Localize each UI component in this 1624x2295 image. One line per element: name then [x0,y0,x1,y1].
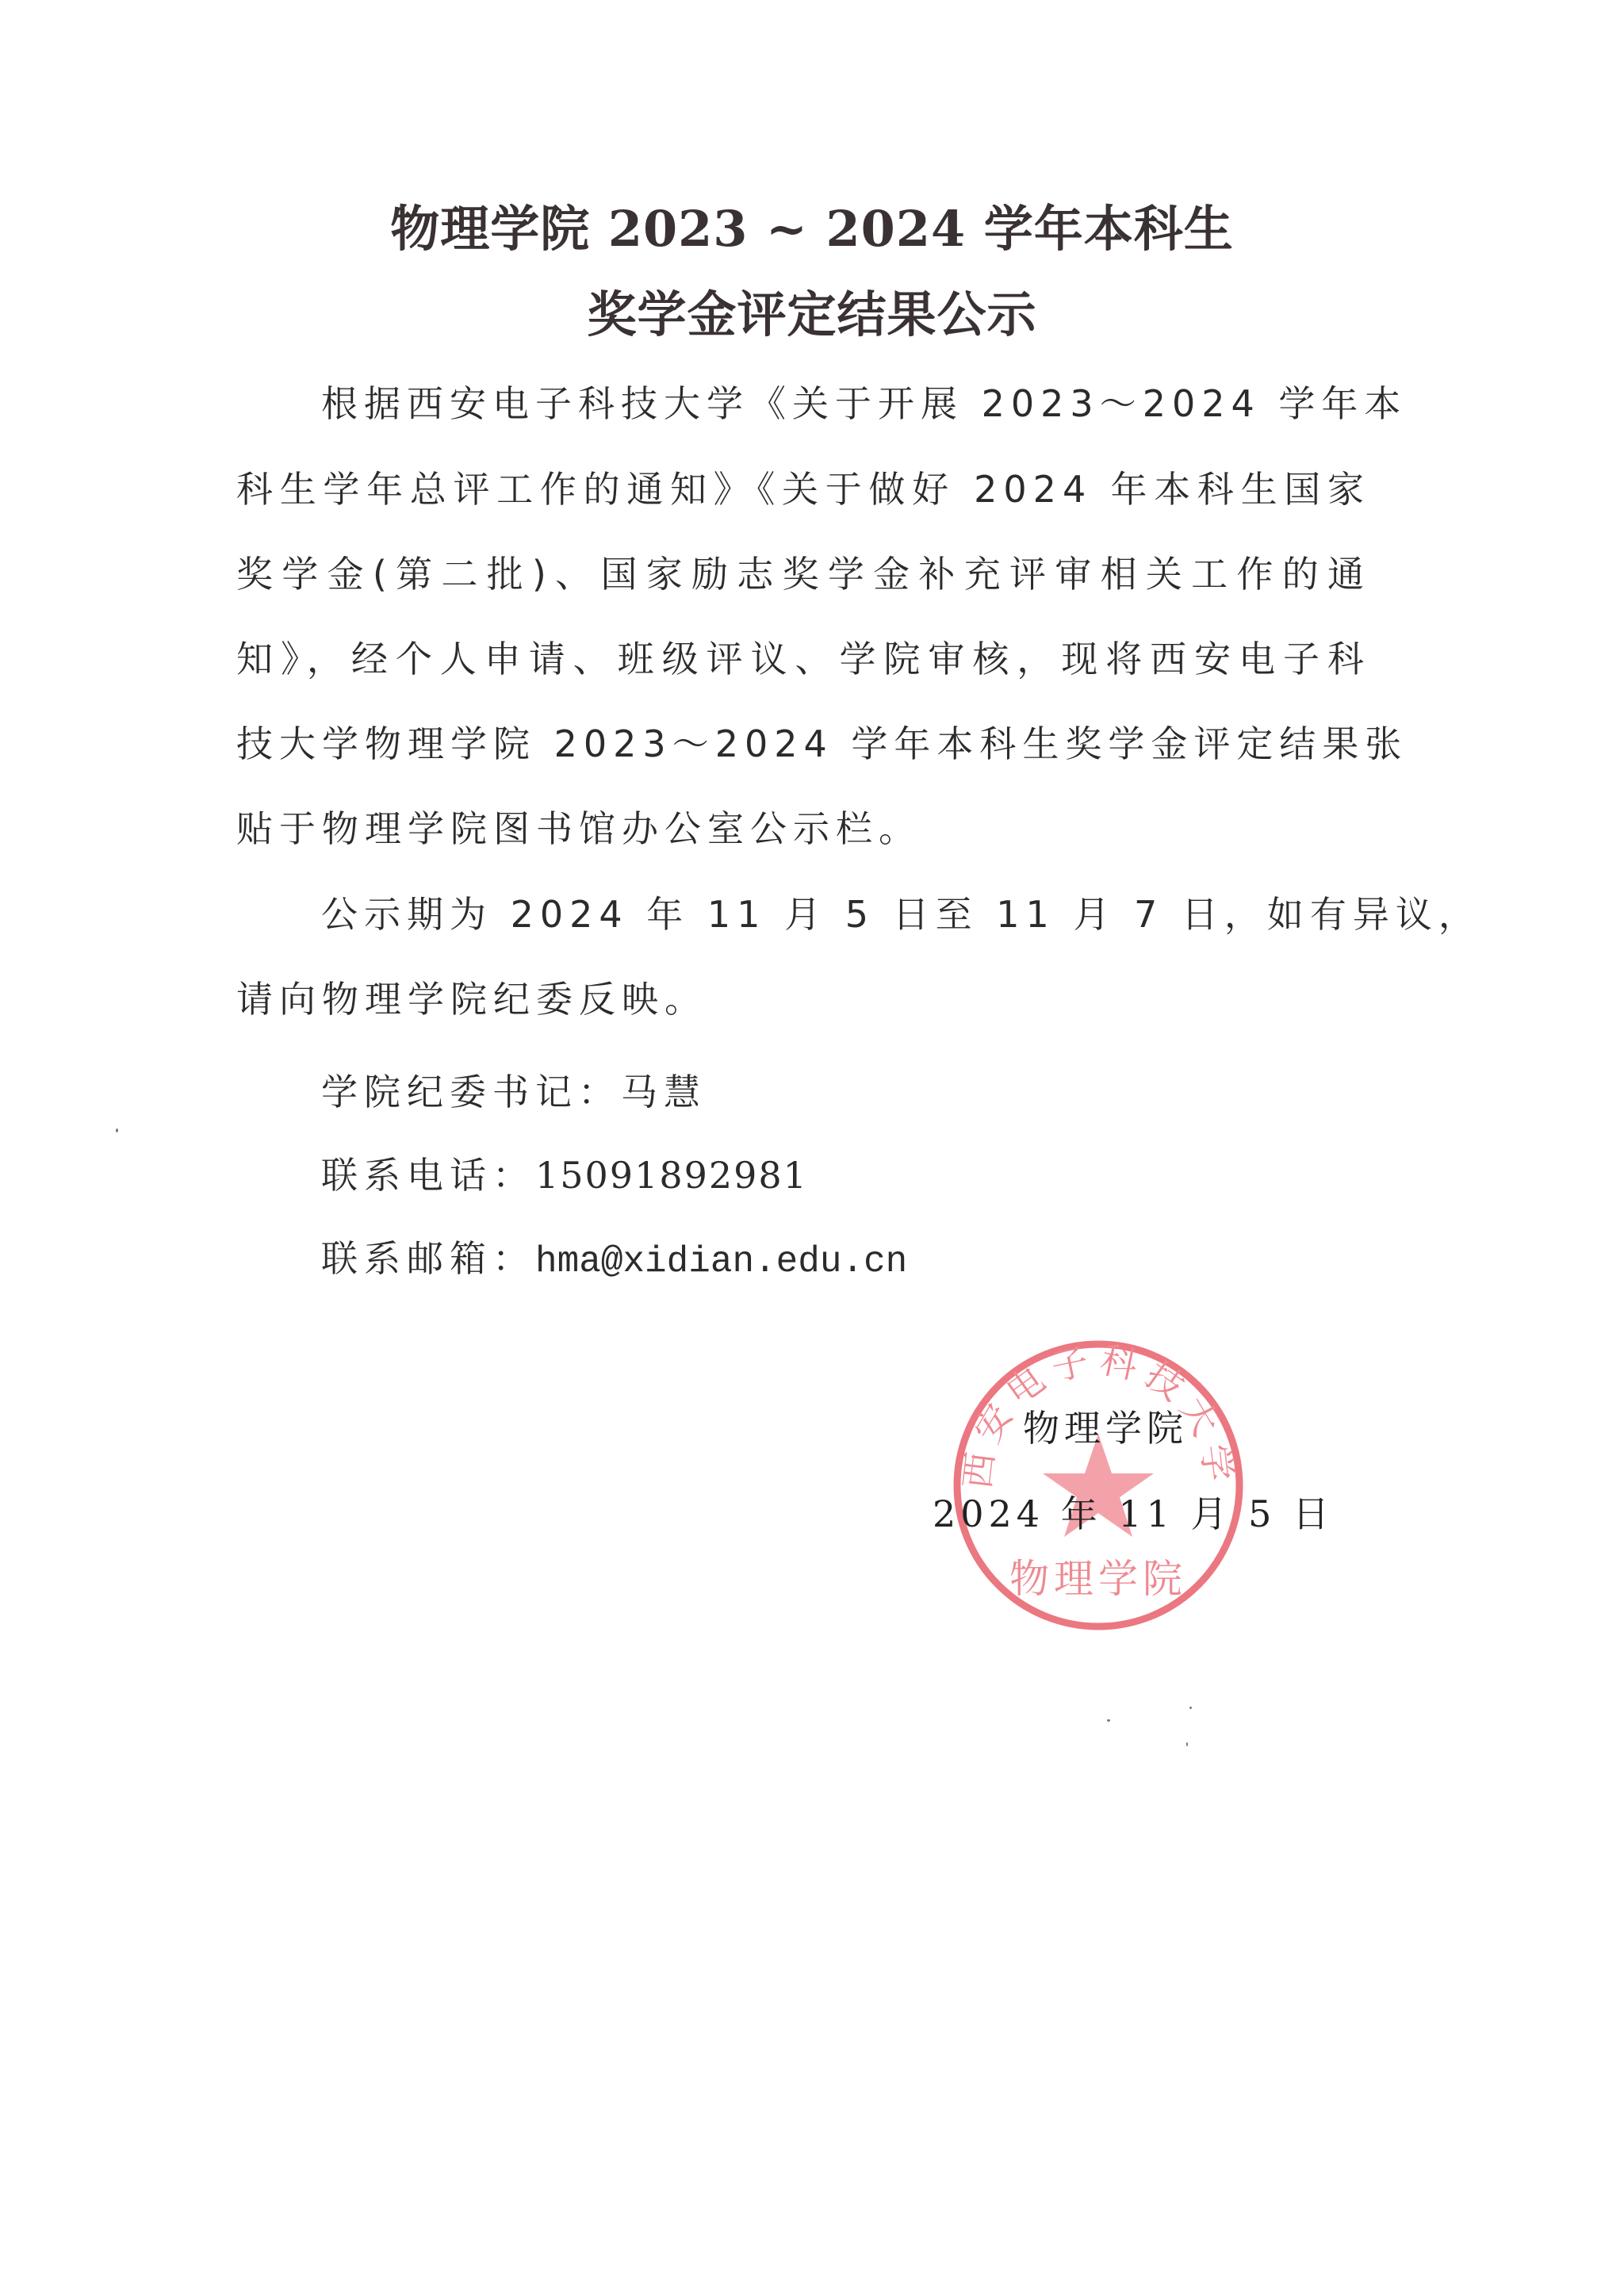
contact-phone-value: 15091892981 [535,1154,808,1197]
scan-speck [1189,1707,1192,1709]
contact-email-label: 联系邮箱： [321,1237,535,1280]
paragraph-line: 科生学年总评工作的通知》《关于做好 2024 年本科生国家 [236,468,1370,511]
scan-speck [1107,1719,1110,1722]
document-page: 物理学院 2023 ~ 2024 学年本科生 奖学金评定结果公示 根据西安电子科… [0,0,1624,2295]
contact-phone: 联系电话：15091892981 [321,1154,808,1197]
paragraph-line: 贴于物理学院图书馆办公室公示栏。 [236,807,1370,850]
scan-speck [116,1128,118,1132]
signature-organization: 物理学院 [1023,1407,1188,1450]
contact-secretary: 学院纪委书记：马慧 [321,1071,707,1113]
paragraph-line: 公示期为 2024 年 11 月 5 日至 11 月 7 日，如有异议， [321,893,1370,936]
document-title-line-2: 奖学金评定结果公示 [0,290,1624,339]
contact-email: 联系邮箱：hma@xidian.edu.cn [321,1237,907,1283]
contact-secretary-label: 学院纪委书记： [321,1071,621,1113]
seal-inner-text: 物理学院 [1009,1556,1187,1602]
document-title-line-1: 物理学院 2023 ~ 2024 学年本科生 [0,205,1624,254]
signature-date: 2024 年 11 月 5 日 [933,1492,1334,1535]
contact-email-value: hma@xidian.edu.cn [535,1241,907,1282]
contact-phone-label: 联系电话： [321,1154,535,1197]
paragraph-line: 技大学物理学院 2023～2024 学年本科生奖学金评定结果张 [236,722,1370,765]
contact-secretary-value: 马慧 [621,1071,707,1113]
paragraph-line: 请向物理学院纪委反映。 [236,978,1370,1021]
scan-speck [1186,1742,1188,1746]
paragraph-line: 知》，经个人申请、班级评议、学院审核，现将西安电子科 [236,638,1370,680]
paragraph-line: 奖学金(第二批)、国家励志奖学金补充评审相关工作的通 [236,553,1370,596]
official-seal-stamp: 西安电子科技大学 物理学院 [952,1339,1245,1632]
paragraph-line: 根据西安电子科技大学《关于开展 2023～2024 学年本 [321,382,1370,425]
